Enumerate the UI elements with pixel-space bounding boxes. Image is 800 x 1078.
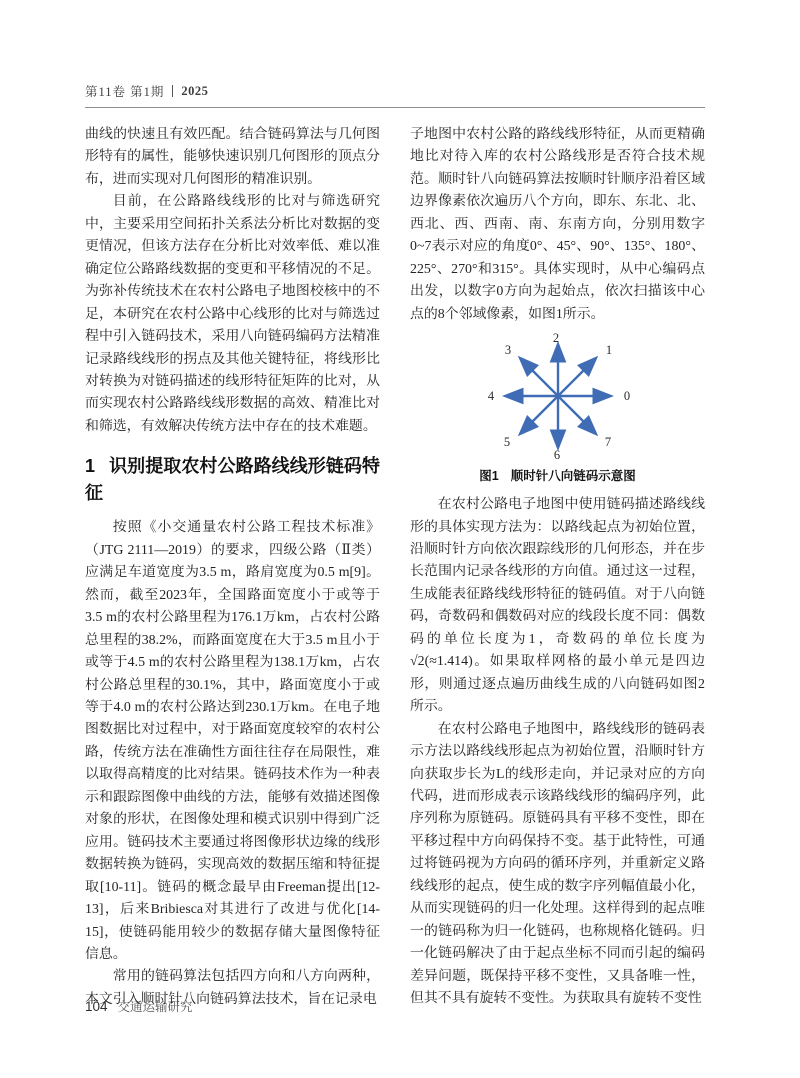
journal-header: 第11卷 第1期 2025 [85,82,705,108]
figure-1-caption: 图1顺时针八向链码示意图 [410,466,705,484]
paragraph-implementation: 在农村公路电子地图中使用链码描述路线线形的具体实现方法为：以路线起点为初始位置，… [410,494,705,719]
direction-arrows [508,347,608,445]
page-number: 104 [85,999,108,1014]
paragraph-normalized-chaincode: 在农村公路电子地图中，路线线形的链码表示方法以路线线形起点为初始位置，沿顺时针方… [410,719,705,1011]
paragraph-standards: 按照《小交通量农村公路工程技术标准》（JTG 2111—2019）的要求，四级公… [85,517,380,966]
direction-label-0: 0 [623,389,629,403]
direction-label-2: 2 [552,332,558,345]
two-column-body: 曲线的快速且有效匹配。结合链码算法与几何图形特有的属性，能够快速识别几何图形的顶… [85,124,705,1011]
section-title: 识别提取农村公路路线线形链码特征 [85,456,380,503]
header-divider [172,85,173,97]
direction-label-7: 7 [604,435,610,449]
paragraph-current-research: 目前，在公路路线线形的比对与筛选研究中，主要采用空间拓扑关系法分析比对数据的变更… [85,191,380,438]
direction-label-1: 1 [605,343,611,357]
volume-issue-label: 第11卷 第1期 [85,82,164,100]
page-content: 第11卷 第1期 2025 曲线的快速且有效匹配。结合链码算法与几何图形特有的属… [85,82,705,1011]
direction-label-4: 4 [487,389,494,403]
page-footer: 104 交通运输研究 [85,997,193,1015]
direction-label-3: 3 [504,343,510,357]
eight-direction-chaincode-diagram: 0 1 2 3 4 5 6 7 [411,332,705,464]
paragraph-continuation: 曲线的快速且有效匹配。结合链码算法与几何图形特有的属性，能够快速识别几何图形的顶… [85,124,380,191]
section-number: 1 [85,456,95,476]
figure-1-label: 图1 [479,469,498,483]
paper-page: 第11卷 第1期 2025 曲线的快速且有效匹配。结合链码算法与几何图形特有的属… [0,0,800,1078]
figure-1: 0 1 2 3 4 5 6 7 图1顺时针八向链码示意图 [410,332,705,484]
paragraph-continuation-right: 子地图中农村公路的路线线形特征，从而更精确地比对待入库的农村公路线形是否符合技术… [410,124,705,326]
direction-label-5: 5 [503,435,509,449]
header-year: 2025 [181,84,208,99]
right-column: 子地图中农村公路的路线线形特征，从而更精确地比对待入库的农村公路线形是否符合技术… [410,124,705,1011]
section-1-heading: 1识别提取农村公路路线线形链码特征 [85,453,380,507]
figure-1-caption-text: 顺时针八向链码示意图 [511,469,636,483]
left-column: 曲线的快速且有效匹配。结合链码算法与几何图形特有的属性，能够快速识别几何图形的顶… [85,124,380,1011]
journal-name: 交通运输研究 [118,997,193,1015]
direction-label-6: 6 [553,448,559,462]
